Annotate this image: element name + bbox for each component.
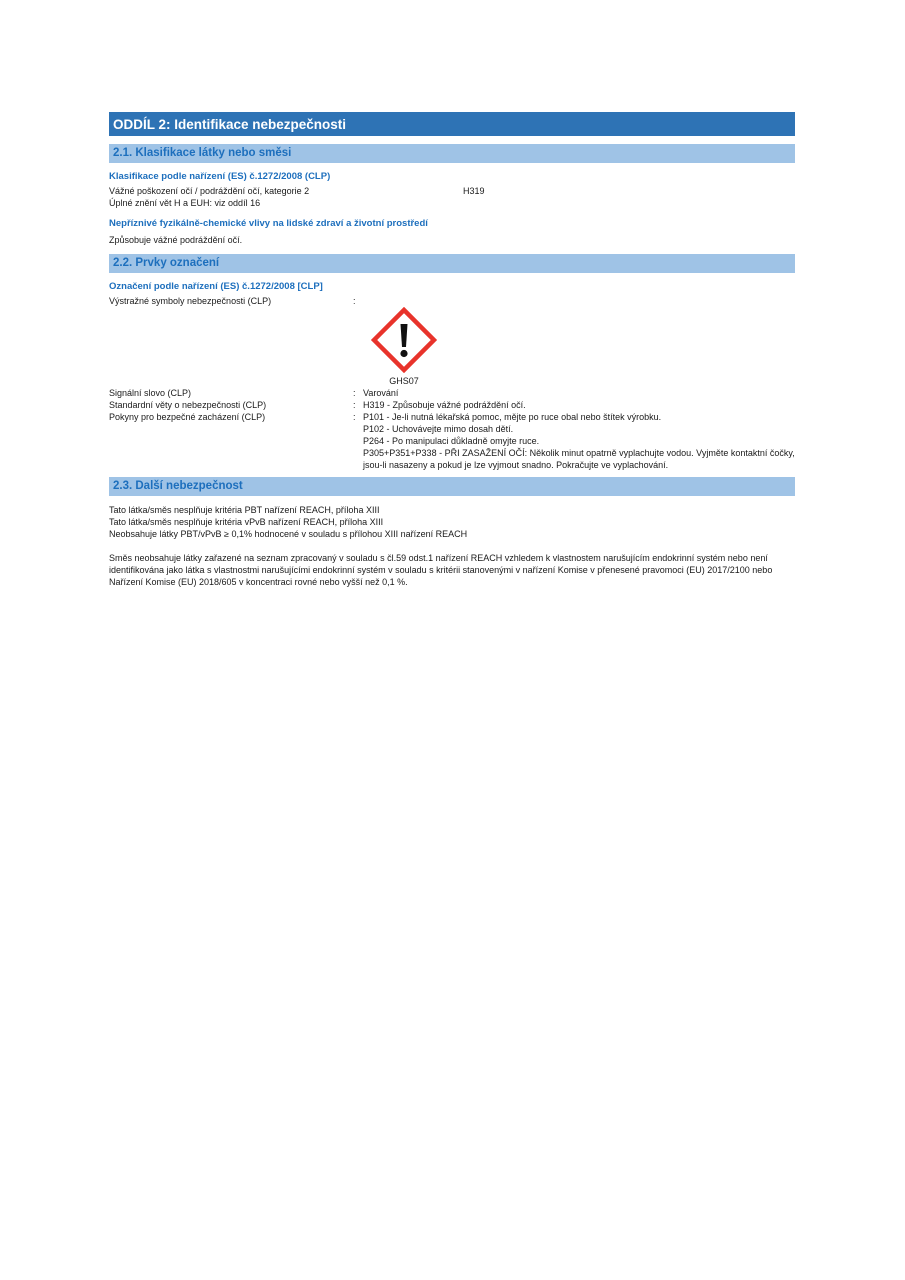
precautionary-statements-label: Pokyny pro bezpečné zacházení (CLP) (109, 411, 353, 471)
colon: : (353, 411, 363, 471)
signal-word-row: Signální slovo (CLP) : Varování (109, 387, 795, 399)
exclamation-mark-hazard-icon (371, 307, 437, 373)
precaution-item: P102 - Uchovávejte mimo dosah dětí. (363, 423, 795, 435)
subsection-2-3-title: 2.3. Další nebezpečnost (109, 477, 795, 496)
hazard-statement-value: H319 - Způsobuje vážné podráždění očí. (363, 399, 795, 411)
full-text-note: Úplné znění vět H a EUH: viz oddíl 16 (109, 197, 795, 209)
subsection-2-2-title: 2.2. Prvky označení (109, 254, 795, 273)
pictogram-label: Výstražné symboly nebezpečnosti (CLP) (109, 295, 353, 307)
signal-word-label: Signální slovo (CLP) (109, 387, 353, 399)
sds-section-2: ODDÍL 2: Identifikace nebezpečnosti 2.1.… (109, 112, 795, 588)
effects-heading: Nepříznivé fyzikálně-chemické vlivy na l… (109, 217, 795, 230)
pictogram-row: Výstražné symboly nebezpečnosti (CLP) : (109, 295, 795, 307)
other-hazard-line: Neobsahuje látky PBT/vPvB ≥ 0,1% hodnoce… (109, 528, 795, 540)
classification-row: Vážné poškození očí / podráždění očí, ka… (109, 185, 795, 197)
other-hazard-line: Tato látka/směs nesplňuje kritéria vPvB … (109, 516, 795, 528)
other-hazards-list: Tato látka/směs nesplňuje kritéria PBT n… (109, 504, 795, 540)
clp-classification-heading: Klasifikace podle nařízení (ES) č.1272/2… (109, 170, 795, 183)
hazard-statement-row: Standardní věty o nebezpečnosti (CLP) : … (109, 399, 795, 411)
endocrine-disruptor-text: Směs neobsahuje látky zařazené na seznam… (109, 552, 795, 588)
precaution-item: P101 - Je-li nutná lékařská pomoc, mějte… (363, 411, 795, 423)
effects-text: Způsobuje vážné podráždění očí. (109, 234, 795, 246)
hazard-statement-label: Standardní věty o nebezpečnosti (CLP) (109, 399, 353, 411)
colon: : (353, 399, 363, 411)
ghs-pictogram: GHS07 (369, 307, 439, 387)
precaution-item: P305+P351+P338 - PŘI ZASAŽENÍ OČÍ: Někol… (363, 447, 795, 471)
signal-word-value: Varování (363, 387, 795, 399)
section-title: ODDÍL 2: Identifikace nebezpečnosti (109, 112, 795, 136)
colon: : (353, 387, 363, 399)
precautionary-statements-list: P101 - Je-li nutná lékařská pomoc, mějte… (363, 411, 795, 471)
clp-labelling-heading: Označení podle nařízení (ES) č.1272/2008… (109, 280, 795, 293)
other-hazard-line: Tato látka/směs nesplňuje kritéria PBT n… (109, 504, 795, 516)
precaution-item: P264 - Po manipulaci důkladně omyjte ruc… (363, 435, 795, 447)
ghs-code: GHS07 (369, 375, 439, 387)
precautionary-statements-row: Pokyny pro bezpečné zacházení (CLP) : P1… (109, 411, 795, 471)
classification-code: H319 (463, 185, 485, 197)
classification-label: Vážné poškození očí / podráždění očí, ka… (109, 185, 463, 197)
colon: : (353, 295, 363, 307)
subsection-2-1-title: 2.1. Klasifikace látky nebo směsi (109, 144, 795, 163)
